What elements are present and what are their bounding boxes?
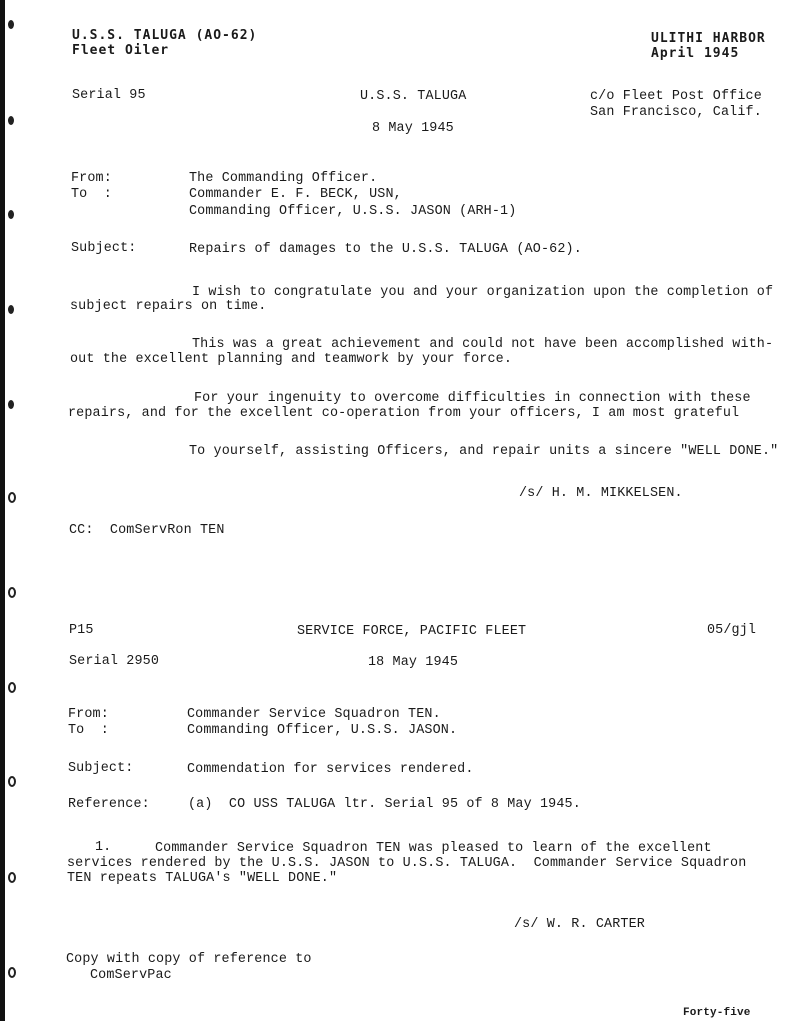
punch-hole <box>8 210 14 219</box>
letter2-signature: /s/ W. R. CARTER <box>514 917 645 933</box>
punch-hole <box>8 400 14 409</box>
letter1-para1-line2: subject repairs on time. <box>70 299 266 315</box>
punch-hole <box>8 116 14 125</box>
letter1-address-line2: San Francisco, Calif. <box>590 105 762 121</box>
punch-hole <box>8 776 16 787</box>
page-label: Forty-five <box>683 1005 751 1021</box>
letter1-subject: Repairs of damages to the U.S.S. TALUGA … <box>189 242 582 258</box>
letter1-para2-line2: out the excellent planning and teamwork … <box>70 352 512 368</box>
letter1-from-label: From: <box>71 171 112 187</box>
letter1-signature: /s/ H. M. MIKKELSEN. <box>519 486 683 502</box>
letter1-to-line1: Commander E. F. BECK, USN, <box>189 187 402 203</box>
letter2-subject: Commendation for services rendered. <box>187 762 474 778</box>
letter1-cc: CC: ComServRon TEN <box>69 523 225 539</box>
punch-hole <box>8 872 16 883</box>
letter1-para3-line1: For your ingenuity to overcome difficult… <box>194 391 751 407</box>
punch-hole <box>8 967 16 978</box>
letter2-paragraph-line3: TEN repeats TALUGA's "WELL DONE." <box>67 871 337 887</box>
letter1-from: The Commanding Officer. <box>189 171 377 187</box>
punch-hole <box>8 305 14 314</box>
stamp-ship-type: Fleet Oiler <box>72 43 169 59</box>
letter2-paragraph-line2: services rendered by the U.S.S. JASON to… <box>67 856 746 872</box>
letter2-paragraph-line1: Commander Service Squadron TEN was pleas… <box>155 841 712 857</box>
letter1-subject-label: Subject: <box>71 241 137 257</box>
letter2-copy-line2: ComServPac <box>90 968 172 984</box>
letter1-address-line1: c/o Fleet Post Office <box>590 89 762 105</box>
stamp-location: ULITHI HARBOR <box>651 31 766 47</box>
letter2-subject-label: Subject: <box>68 761 134 777</box>
letter2-copy-line1: Copy with copy of reference to <box>66 952 312 968</box>
letter1-para1-line1: I wish to congratulate you and your orga… <box>192 285 773 301</box>
letter1-to-label: To : <box>71 187 112 203</box>
letter1-to-line2: Commanding Officer, U.S.S. JASON (ARH-1) <box>189 204 516 220</box>
letter2-to: Commanding Officer, U.S.S. JASON. <box>187 723 457 739</box>
letter2-date: 18 May 1945 <box>368 655 458 671</box>
letter2-code: 05/gjl <box>707 623 756 639</box>
letter2-to-label: To : <box>68 723 109 739</box>
stamp-ship-name: U.S.S. TALUGA (AO-62) <box>72 28 257 44</box>
stamp-date: April 1945 <box>651 46 739 62</box>
letter1-ship: U.S.S. TALUGA <box>360 89 466 105</box>
letter1-para2-line1: This was a great achievement and could n… <box>192 337 773 353</box>
letter2-reference: (a) CO USS TALUGA ltr. Serial 95 of 8 Ma… <box>188 797 581 813</box>
punch-hole <box>8 20 14 29</box>
letter2-from-label: From: <box>68 707 109 723</box>
letter2-paragraph-number: 1. <box>95 840 111 856</box>
letter2-org: SERVICE FORCE, PACIFIC FLEET <box>297 624 526 640</box>
letter2-from: Commander Service Squadron TEN. <box>187 707 441 723</box>
letter2-serial: Serial 2950 <box>69 654 159 670</box>
letter1-serial: Serial 95 <box>72 88 146 104</box>
letter2-reference-label: Reference: <box>68 797 150 813</box>
letter1-para3-line2: repairs, and for the excellent co-operat… <box>68 406 739 422</box>
punch-hole <box>8 682 16 693</box>
binding-edge <box>0 0 5 1021</box>
letter1-date: 8 May 1945 <box>372 121 454 137</box>
punch-hole <box>8 492 16 503</box>
punch-hole <box>8 587 16 598</box>
letter1-para4: To yourself, assisting Officers, and rep… <box>189 444 778 460</box>
letter2-file: P15 <box>69 623 94 639</box>
